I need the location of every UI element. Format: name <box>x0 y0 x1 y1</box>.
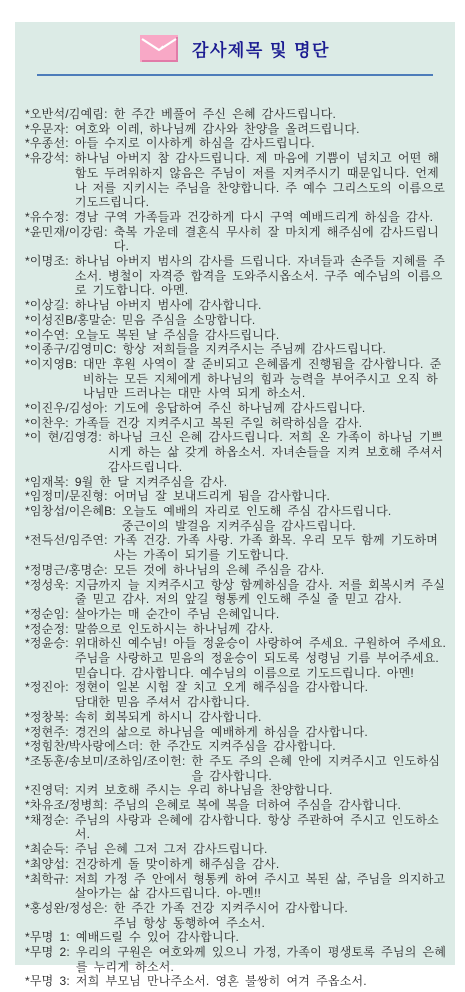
thanksgiving-entry: *최학규:저희 가정 주 안에서 형통케 하여 주시고 복된 삶, 주님을 의지… <box>25 872 449 901</box>
entry-text: 말씀으로 인도하시는 하나님께 감사. <box>75 622 449 637</box>
entry-text: 9월 한 달 지켜주심을 감사. <box>75 475 449 490</box>
thanksgiving-entry: *임정미/문진형:어머님 잘 보내드리게 됨을 감사합니다. <box>25 489 449 504</box>
thanksgiving-entry: *정현주:경건의 삶으로 하나님을 예배하게 하심을 감사합니다. <box>25 725 449 740</box>
thanksgiving-entry: *이찬우:가족들 건강 지켜주시고 복된 주일 허락하심을 감사. <box>25 416 449 431</box>
colon: : <box>113 342 117 356</box>
entry-text: 정현이 일본 시험 잘 치고 오게 해주심을 감사합니다. 담대한 믿음 주셔서… <box>75 680 449 709</box>
colon: : <box>65 725 69 739</box>
entry-text: 축복 가운데 결혼식 무사히 잘 마치게 해주심에 감사드립니다. <box>114 225 449 254</box>
thanksgiving-entry: *정힘찬/박사랑에스더:한 주간도 지켜주심을 감사합니다. <box>25 739 449 754</box>
entry-name-text: 정순임 <box>30 607 65 621</box>
thanksgiving-entry: *정창복:속히 회복되게 하시니 감사합니다. <box>25 710 449 725</box>
thanksgiving-entry: *이 현/김영경:하나님 크신 은혜 감사드립니다. 저희 온 가족이 하나님 … <box>25 430 449 474</box>
colon: : <box>65 813 69 827</box>
entry-text: 한 주간도 지켜주심을 감사합니다. <box>149 739 449 754</box>
entry-name-text: 유수정 <box>30 210 65 224</box>
thanksgiving-entry: *진영덕:지켜 보호해 주시는 우리 하나님을 찬양합니다. <box>25 783 449 798</box>
entry-name-text: 정현주 <box>30 725 65 739</box>
thanksgiving-entry: *정순임:살아가는 매 순간이 주님 은혜입니다. <box>25 607 449 622</box>
entry-name: *이진우/김성아: <box>25 401 114 416</box>
entry-name: *오반석/김예림: <box>25 107 114 122</box>
entry-text: 대만 후원 사역이 잘 준비되고 은혜롭게 진행됨을 감사합니다. 준비하는 모… <box>83 357 449 401</box>
thanksgiving-entry: *전득선/임주연:가족 건강. 가족 사랑. 가족 화목. 우리 모두 함께 기… <box>25 533 449 562</box>
colon: : <box>104 401 108 415</box>
thanksgiving-entry: *최양섭:건강하게 돌 맞이하게 해주심을 감사. <box>25 857 449 872</box>
thanksgiving-entry: *정순정:말씀으로 인도하시는 하나님께 감사. <box>25 622 449 637</box>
colon: : <box>65 636 69 650</box>
entry-name: *이수연: <box>25 328 75 343</box>
entry-name: *이 현/김영경: <box>25 430 108 445</box>
thanksgiving-entry: *유수정:경남 구역 가족들과 건강하게 다시 구역 예배드리게 하심을 감사. <box>25 210 449 225</box>
thanksgiving-entry: *정윤승:위대하신 예수님! 아들 정윤승이 사랑하여 주세요. 구원하여 주세… <box>25 636 449 680</box>
colon: : <box>65 298 69 312</box>
entry-name-text: 무명 2 <box>30 945 67 959</box>
entry-text: 항상 저희들을 지켜주시는 주님께 감사드립니다. <box>123 342 449 357</box>
colon: : <box>65 578 69 592</box>
entry-name-text: 이상길 <box>30 298 65 312</box>
entry-name-text: 정진아 <box>30 680 65 694</box>
entry-name: *정성욱: <box>25 578 75 593</box>
entry-name: *최학규: <box>25 872 75 887</box>
thanksgiving-entry: *최순득:주님 은혜 그저 그저 감사드립니다. <box>25 842 449 857</box>
entry-name-text: 정순정 <box>30 622 65 636</box>
colon: : <box>65 842 69 856</box>
thanksgiving-entry: *이상길:하나님 아버지 범사에 감사합니다. <box>25 298 449 313</box>
entry-name: *이상길: <box>25 298 75 313</box>
entry-name-text: 차유조/정병희 <box>30 798 104 812</box>
entry-name-text: 오반석/김예림 <box>30 107 104 121</box>
colon: : <box>140 739 144 753</box>
entry-name: *임창섭/이은혜B: <box>25 504 122 519</box>
entry-name: *최순득: <box>25 842 75 857</box>
entry-name-text: 정윤승 <box>30 636 65 650</box>
thanksgiving-entry: *홍성완/정성은:한 주간 가족 건강 지켜주시어 감사합니다. 주님 항상 동… <box>25 901 449 930</box>
entry-name-text: 이성진B/홍말순 <box>30 313 113 327</box>
entry-text: 속히 회복되게 하시니 감사합니다. <box>75 710 449 725</box>
thanksgiving-entry: *윤민재/이강림:축복 가운데 결혼식 무사히 잘 마치게 해주심에 감사드립니… <box>25 225 449 254</box>
entry-text: 경남 구역 가족들과 건강하게 다시 구역 예배드리게 하심을 감사. <box>75 210 449 225</box>
entry-text: 한 주간 베풀어 주신 은혜 감사드립니다. <box>114 107 449 122</box>
colon: : <box>65 416 69 430</box>
entry-name: *조동훈/송보미/조하임/조이헌: <box>25 754 192 769</box>
entry-name: *이찬우: <box>25 416 75 431</box>
entry-name: *무명 2: <box>25 945 76 960</box>
thanksgiving-entry: *채정순:주님의 사랑과 은혜에 감사합니다. 항상 주관하여 주시고 인도하소… <box>25 813 449 842</box>
colon: : <box>65 475 69 489</box>
entry-name: *유강석: <box>25 151 75 166</box>
entry-name: *이명조: <box>25 254 75 269</box>
entry-text: 믿음 주심을 소망합니다. <box>122 313 449 328</box>
entry-name: *임재복: <box>25 475 75 490</box>
entry-name: *무명 1: <box>25 930 76 945</box>
entry-name-text: 이 현/김영경 <box>30 430 99 444</box>
colon: : <box>65 872 69 886</box>
colon: : <box>65 783 69 797</box>
thanksgiving-entry: *우종선:아들 수지로 이사하게 하심을 감사드립니다. <box>25 136 449 151</box>
colon: : <box>73 357 77 371</box>
colon: : <box>65 680 69 694</box>
entry-text: 하나님 아버지 범사의 감사를 드립니다. 자녀들과 손주들 지혜를 주소서. … <box>75 254 449 298</box>
colon: : <box>65 122 69 136</box>
entry-text: 경건의 삶으로 하나님을 예배하게 하심을 감사합니다. <box>75 725 449 740</box>
entry-name: *유수정: <box>25 210 75 225</box>
entry-name: *우종선: <box>25 136 75 151</box>
entry-name-text: 정명근/홍명순 <box>30 563 104 577</box>
colon: : <box>104 798 108 812</box>
entry-name: *정순임: <box>25 607 75 622</box>
entry-name: *정진아: <box>25 680 75 695</box>
entry-text: 지금까지 늘 지켜주시고 항상 함께하심을 감사. 저를 회복시켜 주실 줄 믿… <box>75 578 449 607</box>
entry-name: *임정미/문진형: <box>25 489 114 504</box>
entry-text: 살아가는 매 순간이 주님 은혜입니다. <box>75 607 449 622</box>
entry-name: *정현주: <box>25 725 75 740</box>
envelope-icon <box>140 35 178 62</box>
colon: : <box>65 857 69 871</box>
thanksgiving-entry: *이수연:오늘도 복된 날 주심을 감사드립니다. <box>25 328 449 343</box>
entry-text: 오늘도 예배의 자리로 인도해 주심 감사드립니다. 중근이의 발걸음 지켜주심… <box>122 504 449 533</box>
entry-name-text: 이지영B <box>30 357 74 371</box>
colon: : <box>98 430 102 444</box>
entry-name: *정명근/홍명순: <box>25 563 114 578</box>
thanksgiving-entry: *차유조/정병희:주님의 은혜로 복에 복을 더하여 주심을 감사합니다. <box>25 798 449 813</box>
colon: : <box>65 622 69 636</box>
thanksgiving-entry: *이지영B:대만 후원 사역이 잘 준비되고 은혜롭게 진행됨을 감사합니다. … <box>25 357 449 401</box>
entry-name: *채정순: <box>25 813 75 828</box>
colon: : <box>104 563 108 577</box>
entry-text: 가족 건강. 가족 사랑. 가족 화목. 우리 모두 함께 기도하며 사는 가족… <box>114 533 449 562</box>
colon: : <box>104 533 108 547</box>
entry-name: *정힘찬/박사랑에스더: <box>25 739 149 754</box>
entry-text: 오늘도 복된 날 주심을 감사드립니다. <box>75 328 449 343</box>
entry-name: *이성진B/홍말순: <box>25 313 122 328</box>
entry-text: 저희 가정 주 안에서 형통케 하여 주시고 복된 삶, 주님을 의지하고 살아… <box>75 872 449 901</box>
thanksgiving-entry: *정성욱:지금까지 늘 지켜주시고 항상 함께하심을 감사. 저를 회복시켜 주… <box>25 578 449 607</box>
entry-name-text: 최학규 <box>30 872 65 886</box>
entry-name-text: 임정미/문진형 <box>30 489 104 503</box>
thanksgiving-entry: *유강석:하나님 아버지 참 감사드립니다. 제 마음에 기쁨이 넘치고 어떤 … <box>25 151 449 210</box>
entry-text: 주님 은혜 그저 그저 감사드립니다. <box>75 842 449 857</box>
colon: : <box>65 210 69 224</box>
entry-text: 지켜 보호해 주시는 우리 하나님을 찬양합니다. <box>75 783 449 798</box>
entry-name-text: 최순득 <box>30 842 65 856</box>
entry-name: *정순정: <box>25 622 75 637</box>
entry-text: 하나님 크신 은혜 감사드립니다. 저희 온 가족이 하나님 기쁘시게 하는 삶… <box>108 430 449 474</box>
colon: : <box>112 313 116 327</box>
entry-name-text: 정힘찬/박사랑에스더 <box>30 739 140 753</box>
colon: : <box>66 930 70 944</box>
entry-name: *이지영B: <box>25 357 83 372</box>
colon: : <box>66 974 70 988</box>
entry-name-text: 전득선/임주연 <box>30 533 104 547</box>
entry-name: *최양섭: <box>25 857 75 872</box>
entry-text: 가족들 건강 지켜주시고 복된 주일 허락하심을 감사. <box>75 416 449 431</box>
colon: : <box>65 328 69 342</box>
thanksgiving-entry: *이진우/김성아:기도에 응답하여 주신 하나님께 감사드립니다. <box>25 401 449 416</box>
entry-name-text: 이종구/김영미C <box>30 342 113 356</box>
entry-name: *차유조/정병희: <box>25 798 114 813</box>
thanksgiving-entry: *무명 2:우리의 구원은 여호와께 있으니 가정, 가족이 평생토록 주님의 … <box>25 945 449 974</box>
entry-text: 하나님 아버지 범사에 감사합니다. <box>75 298 449 313</box>
thanksgiving-entry: *임재복:9월 한 달 지켜주심을 감사. <box>25 475 449 490</box>
entry-name-text: 이진우/김성아 <box>30 401 104 415</box>
entry-name: *무명 3: <box>25 974 76 989</box>
colon: : <box>182 754 186 768</box>
colon: : <box>104 107 108 121</box>
entry-name: *정창복: <box>25 710 75 725</box>
entry-text: 여호와 이레, 하나님께 감사와 찬양을 올려드립니다. <box>75 122 449 137</box>
colon: : <box>65 710 69 724</box>
thanksgiving-panel: 감사제목 및 명단 *오반석/김예림:한 주간 베풀어 주신 은혜 감사드립니다… <box>15 22 455 965</box>
colon: : <box>104 901 108 915</box>
colon: : <box>65 254 69 268</box>
entry-text: 모든 것에 하나님의 은혜 주심을 감사. <box>114 563 449 578</box>
colon: : <box>65 151 69 165</box>
entry-name-text: 우문자 <box>30 122 65 136</box>
colon: : <box>65 607 69 621</box>
entry-name: *홍성완/정성은: <box>25 901 114 916</box>
entry-text: 어머님 잘 보내드리게 됨을 감사합니다. <box>114 489 449 504</box>
entry-name-text: 채정순 <box>30 813 65 827</box>
entry-name: *정윤승: <box>25 636 75 651</box>
colon: : <box>104 225 108 239</box>
thanksgiving-entry: *이명조:하나님 아버지 범사의 감사를 드립니다. 자녀들과 손주들 지혜를 … <box>25 254 449 298</box>
entry-name-text: 임창섭/이은혜B <box>30 504 113 518</box>
thanksgiving-entry: *이종구/김영미C:항상 저희들을 지켜주시는 주님께 감사드립니다. <box>25 342 449 357</box>
entry-text: 예배드릴 수 있어 감사합니다. <box>76 930 449 945</box>
thanksgiving-entry: *임창섭/이은혜B:오늘도 예배의 자리로 인도해 주심 감사드립니다. 중근이… <box>25 504 449 533</box>
entry-name-text: 무명 1 <box>30 930 67 944</box>
entry-text: 한 주간 가족 건강 지켜주시어 감사합니다. 주님 항상 동행하여 주소서. <box>114 901 449 930</box>
entry-text: 한 주도 주의 은혜 안에 지켜주시고 인도하심을 감사합니다. <box>192 754 449 783</box>
entry-name-text: 유강석 <box>30 151 65 165</box>
page-title: 감사제목 및 명단 <box>192 36 330 61</box>
colon: : <box>66 945 70 959</box>
entry-name: *이종구/김영미C: <box>25 342 123 357</box>
entry-text: 주님의 사랑과 은혜에 감사합니다. 항상 주관하여 주시고 인도하소서. <box>75 813 449 842</box>
entry-name-text: 조동훈/송보미/조하임/조이헌 <box>30 754 182 768</box>
entry-name: *윤민재/이강림: <box>25 225 114 240</box>
entry-text: 기도에 응답하여 주신 하나님께 감사드립니다. <box>114 401 449 416</box>
thanksgiving-entry: *정명근/홍명순:모든 것에 하나님의 은혜 주심을 감사. <box>25 563 449 578</box>
thanksgiving-entry: *이성진B/홍말순:믿음 주심을 소망합니다. <box>25 313 449 328</box>
entry-text: 우리의 구원은 여호와께 있으니 가정, 가족이 평생토록 주님의 은혜를 누리… <box>76 945 449 974</box>
entry-name: *전득선/임주연: <box>25 533 114 548</box>
entry-text: 위대하신 예수님! 아들 정윤승이 사랑하여 주세요. 구원하여 주세요. 주님… <box>75 636 449 680</box>
entry-name-text: 홍성완/정성은 <box>30 901 104 915</box>
entry-text: 아들 수지로 이사하게 하심을 감사드립니다. <box>75 136 449 151</box>
entry-name-text: 무명 3 <box>30 974 67 988</box>
thanksgiving-entry: *정진아:정현이 일본 시험 잘 치고 오게 해주심을 감사합니다. 담대한 믿… <box>25 680 449 709</box>
colon: : <box>104 489 108 503</box>
thanksgiving-entry: *우문자:여호와 이레, 하나님께 감사와 찬양을 올려드립니다. <box>25 122 449 137</box>
entry-name: *우문자: <box>25 122 75 137</box>
entry-name-text: 최양섭 <box>30 857 65 871</box>
entry-text: 저희 부모님 만나주소서. 영혼 불쌍히 여겨 주옵소서. <box>76 974 449 989</box>
entry-text: 주님의 은혜로 복에 복을 더하여 주심을 감사합니다. <box>114 798 449 813</box>
entry-name-text: 이명조 <box>30 254 65 268</box>
entry-name: *진영덕: <box>25 783 75 798</box>
thanksgiving-entry: *오반석/김예림:한 주간 베풀어 주신 은혜 감사드립니다. <box>25 107 449 122</box>
entry-name-text: 정창복 <box>30 710 65 724</box>
entry-name-text: 정성욱 <box>30 578 65 592</box>
entry-name-text: 우종선 <box>30 136 65 150</box>
thanksgiving-entry: *무명 1:예배드릴 수 있어 감사합니다. <box>25 930 449 945</box>
entry-text: 건강하게 돌 맞이하게 해주심을 감사. <box>75 857 449 872</box>
header: 감사제목 및 명단 <box>15 22 455 64</box>
thanksgiving-entry: *무명 3:저희 부모님 만나주소서. 영혼 불쌍히 여겨 주옵소서. <box>25 974 449 989</box>
entry-name-text: 임재복 <box>30 475 65 489</box>
thanksgiving-list: *오반석/김예림:한 주간 베풀어 주신 은혜 감사드립니다.*우문자:여호와 … <box>15 76 455 989</box>
colon: : <box>112 504 116 518</box>
entry-text: 하나님 아버지 참 감사드립니다. 제 마음에 기쁨이 넘치고 어떤 해함도 두… <box>75 151 449 210</box>
colon: : <box>65 136 69 150</box>
entry-name-text: 진영덕 <box>30 783 65 797</box>
thanksgiving-entry: *조동훈/송보미/조하임/조이헌:한 주도 주의 은혜 안에 지켜주시고 인도하… <box>25 754 449 783</box>
entry-name-text: 이수연 <box>30 328 65 342</box>
entry-name-text: 이찬우 <box>30 416 65 430</box>
entry-name-text: 윤민재/이강림 <box>30 225 104 239</box>
